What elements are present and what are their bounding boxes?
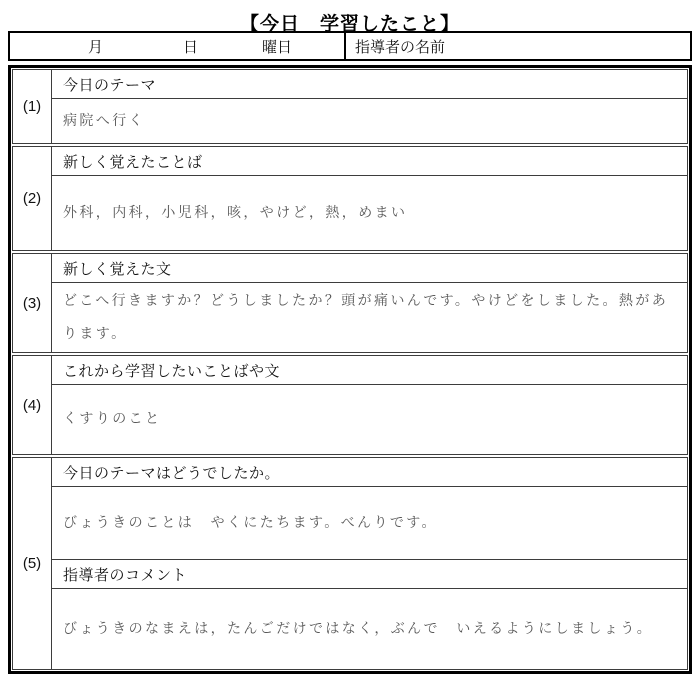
section-2-content: 新しく覚えたことば 外科，内科，小児科，咳，やけど，熱，めまい bbox=[52, 147, 687, 250]
section-5-label-theme-feedback: 今日のテーマはどうでしたか。 bbox=[52, 458, 687, 487]
section-2-number: (2) bbox=[13, 147, 52, 250]
section-4-content: これから学習したいことばや文 くすりのこと bbox=[52, 356, 687, 454]
section-4-label: これから学習したいことばや文 bbox=[52, 356, 687, 385]
section-3-number: (3) bbox=[13, 254, 52, 352]
section-1: (1) 今日のテーマ 病院へ行く bbox=[12, 69, 688, 144]
date-instructor-header: 月 日 曜日 指導者の名前 bbox=[8, 31, 692, 61]
section-2-value: 外科，内科，小児科，咳，やけど，熱，めまい bbox=[52, 176, 687, 250]
weekday-label: 曜日 bbox=[262, 36, 292, 57]
section-4-number: (4) bbox=[13, 356, 52, 454]
main-table: (1) 今日のテーマ 病院へ行く (2) 新しく覚えたことば 外科，内科，小児科… bbox=[8, 65, 692, 674]
section-4-value: くすりのこと bbox=[52, 385, 687, 454]
worksheet-page: 【今日 学習したこと】 月 日 曜日 指導者の名前 (1) 今日のテーマ 病院へ… bbox=[0, 0, 700, 692]
section-3: (3) 新しく覚えた文 どこへ行きますか？どうしましたか？頭が痛いんです。やけど… bbox=[12, 253, 688, 353]
section-1-content: 今日のテーマ 病院へ行く bbox=[52, 70, 687, 143]
section-5-label-instructor-comment: 指導者のコメント bbox=[52, 560, 687, 589]
page-title: 【今日 学習したこと】 bbox=[0, 0, 700, 29]
section-2-label: 新しく覚えたことば bbox=[52, 147, 687, 176]
section-3-value: どこへ行きますか？どうしましたか？頭が痛いんです。やけどをしました。熱があります… bbox=[52, 283, 687, 352]
instructor-name-cell: 指導者の名前 bbox=[346, 33, 690, 59]
month-label: 月 bbox=[88, 36, 103, 57]
section-5-value-theme-feedback: びょうきのことは やくにたちます。べんりです。 bbox=[52, 487, 687, 560]
section-1-value: 病院へ行く bbox=[52, 99, 687, 143]
section-4: (4) これから学習したいことばや文 くすりのこと bbox=[12, 355, 688, 455]
day-label: 日 bbox=[183, 36, 198, 57]
section-5-number: (5) bbox=[13, 458, 52, 669]
date-cell: 月 日 曜日 bbox=[10, 33, 346, 59]
section-3-content: 新しく覚えた文 どこへ行きますか？どうしましたか？頭が痛いんです。やけどをしまし… bbox=[52, 254, 687, 352]
instructor-label: 指導者の名前 bbox=[355, 36, 445, 57]
section-5-content: 今日のテーマはどうでしたか。 びょうきのことは やくにたちます。べんりです。 指… bbox=[52, 458, 687, 669]
section-2: (2) 新しく覚えたことば 外科，内科，小児科，咳，やけど，熱，めまい bbox=[12, 146, 688, 251]
section-1-label: 今日のテーマ bbox=[52, 70, 687, 99]
section-5: (5) 今日のテーマはどうでしたか。 びょうきのことは やくにたちます。べんりで… bbox=[12, 457, 688, 670]
section-1-number: (1) bbox=[13, 70, 52, 143]
section-5-value-instructor-comment: びょうきのなまえは，たんごだけではなく，ぶんで いえるようにしましょう。 bbox=[52, 589, 687, 669]
section-3-label: 新しく覚えた文 bbox=[52, 254, 687, 283]
